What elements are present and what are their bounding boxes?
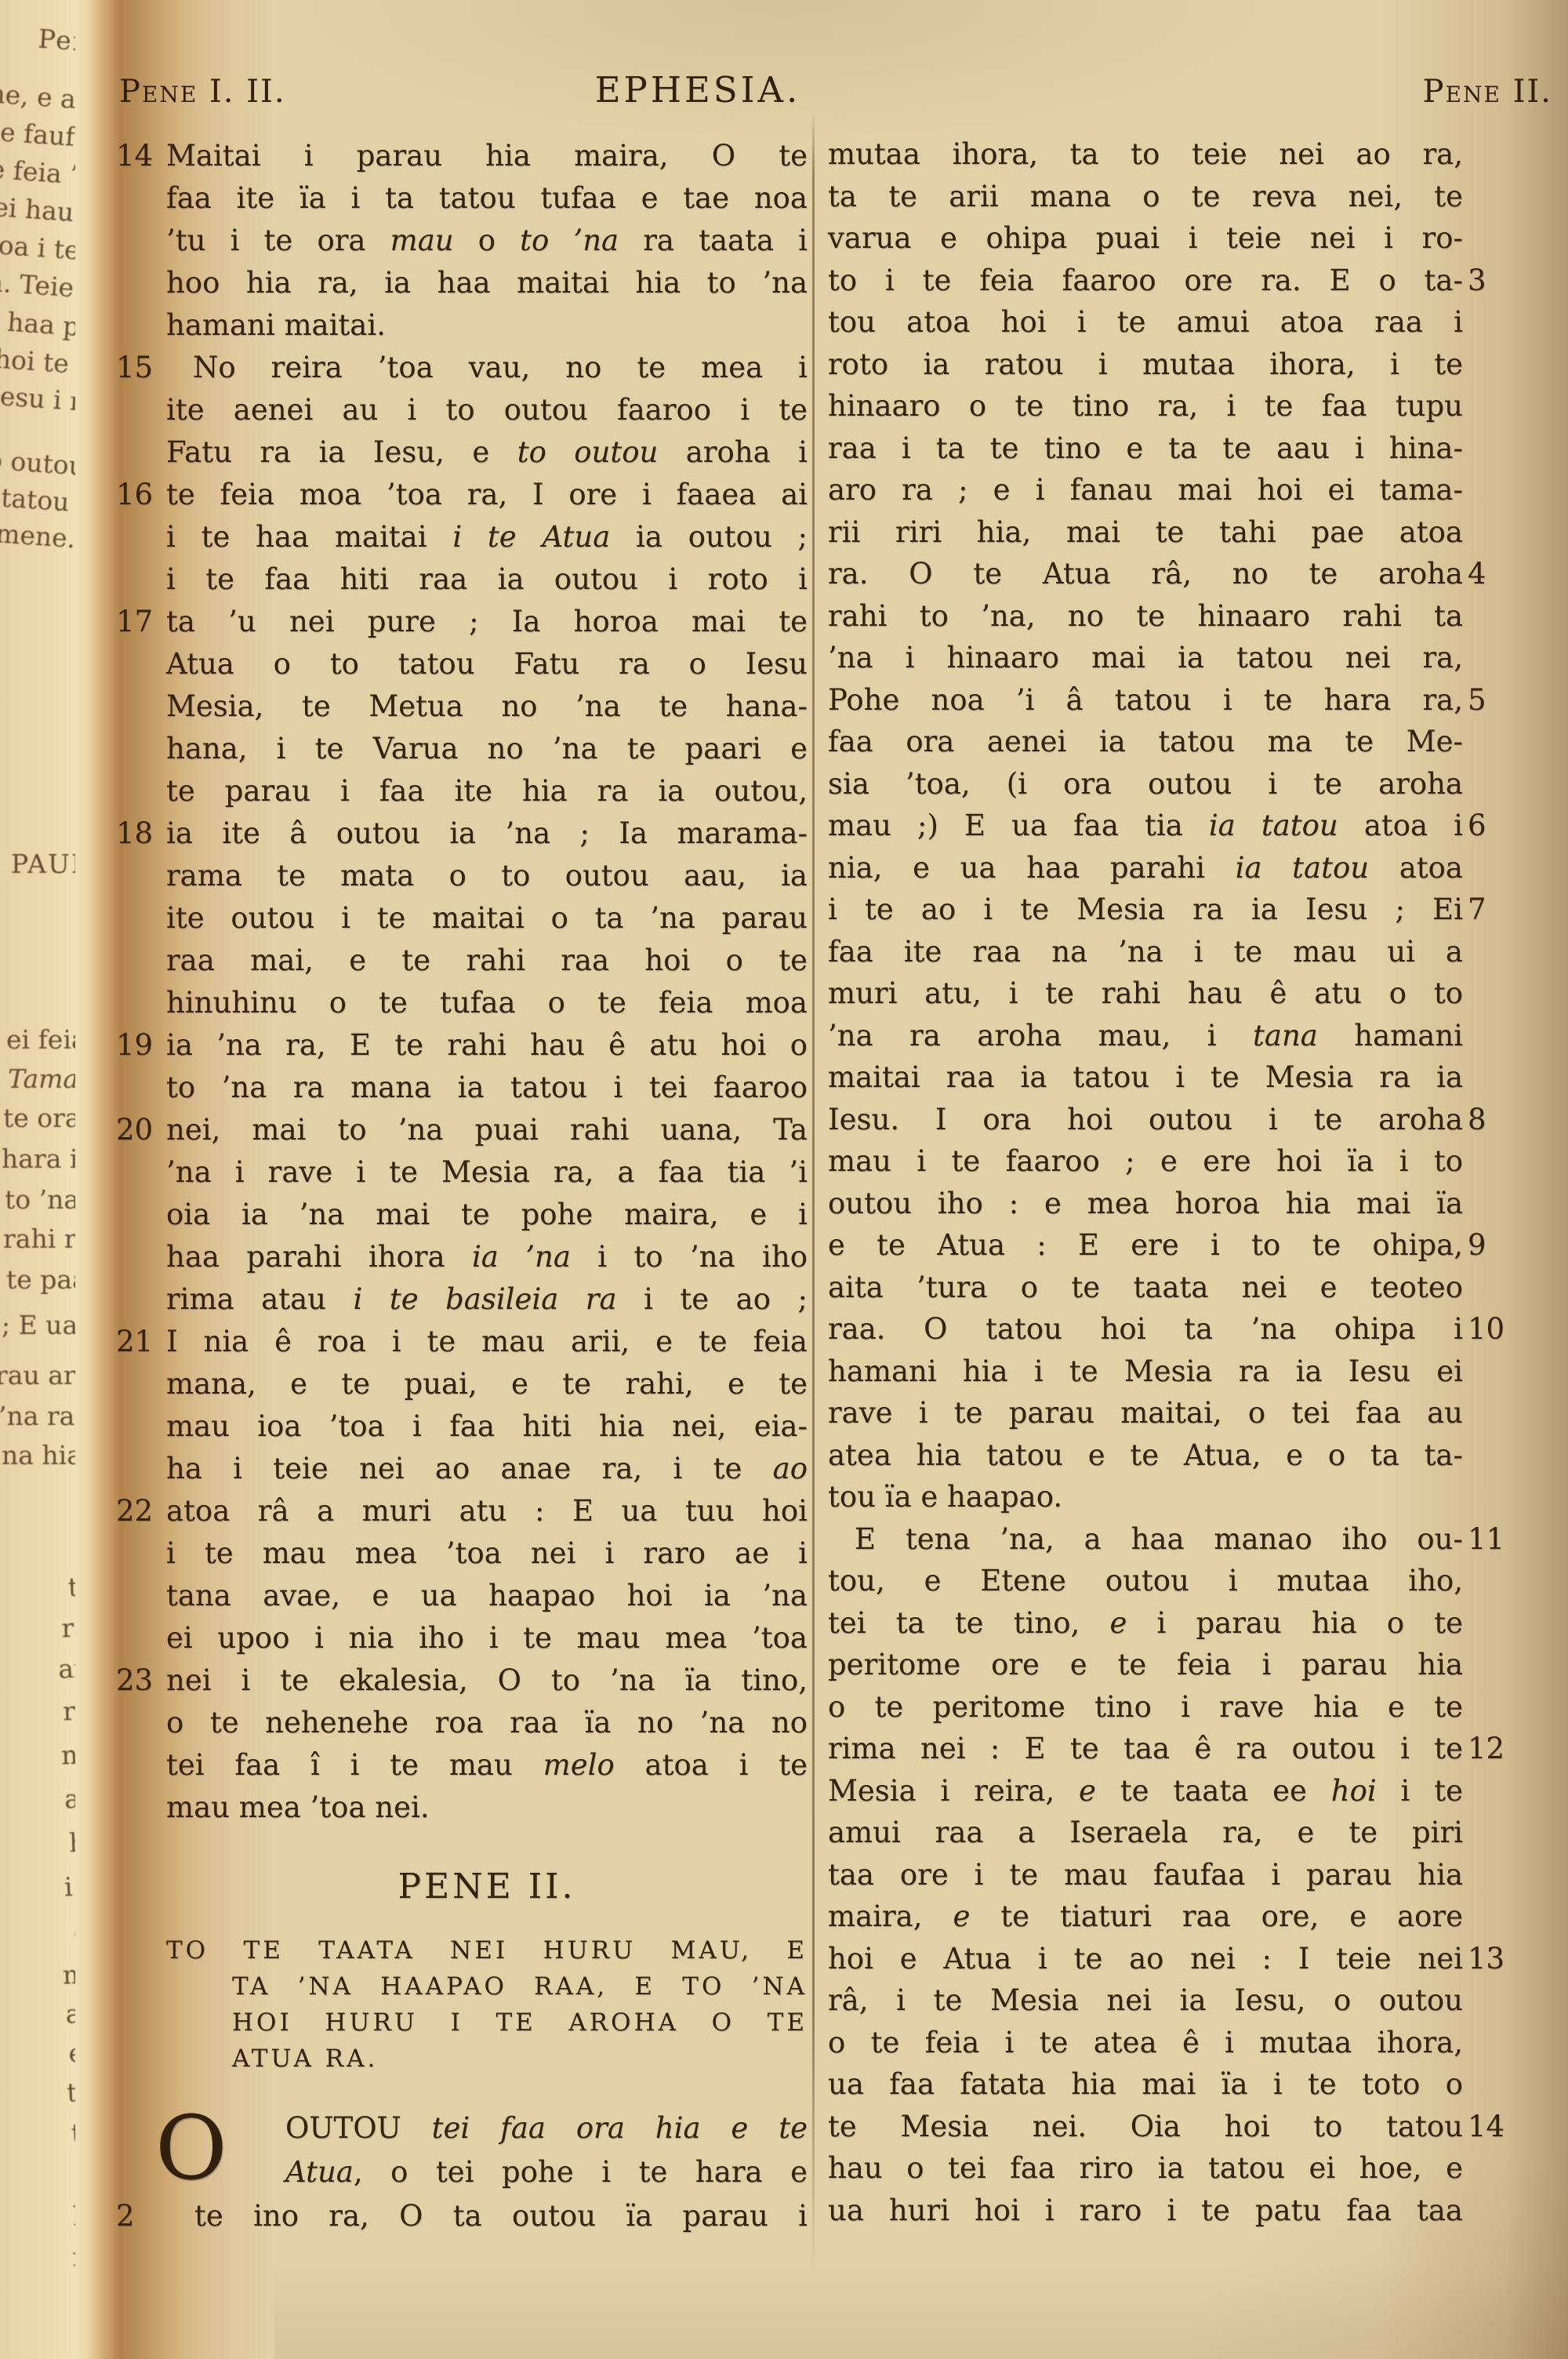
text-line: e te Atua : E ere i to te ohipa,9 (828, 1224, 1463, 1267)
text-line: hoo hia ra, ia haa maitai hia to ’na (166, 262, 808, 304)
chapter-2-verse-1: O OUTOU tei faa ora hia e teAtua, o tei … (166, 2106, 808, 2238)
running-head-title: EPHESIA. (423, 69, 972, 111)
text-line: te ino ra, O ta outou ïa parau i2 (166, 2194, 808, 2238)
text-line: mau ioa ’toa i faa hiti hia nei, eia- (166, 1405, 808, 1448)
text-line: taa ore i te mau faufaa i parau hia (828, 1854, 1463, 1896)
gutter-text-fragment: te paari (6, 1264, 75, 1295)
gutter-text-fragment: na ; E e (60, 1736, 75, 1770)
text-line: No reira ’toa vau, no te mea i15 (166, 347, 808, 389)
text-line: ta te arii mana o te reva nei, te (828, 176, 1463, 218)
text-line: rima nei : E te taa ê ra outou i te12 (828, 1728, 1463, 1770)
text-line: tou atoa hoi i te amui atoa raa i (828, 301, 1463, 343)
running-head: Pene I. II. EPHESIA. Pene II. (0, 69, 1568, 132)
running-head-right: Pene II. (1294, 74, 1552, 110)
text-line: ite aenei au i to outou faaroo i te (166, 389, 808, 431)
text-line: hinaaro o te tino ra, i te faa tupu (828, 385, 1463, 427)
text-line: amui raa a Iseraela ra, e te piri (828, 1812, 1463, 1854)
text-line: i te faa hiti raa ia outou i roto i (166, 558, 808, 601)
verse-number: 9 (1468, 1224, 1518, 1267)
gutter-text-fragment: ra. Teie n (0, 266, 75, 305)
verse-number: 17 (116, 601, 162, 643)
text-line: faa ite raa na ’na i te mau ui a (828, 931, 1463, 973)
text-line: raa mai, e te rahi raa hoi o te (166, 940, 808, 982)
gutter-text-fragment: a Iesu i n (0, 378, 75, 417)
text-line: rave i te parau maitai, o tei faa au (828, 1392, 1463, 1434)
text-line: maitai raa ia tatou i te Mesia ra ia (828, 1056, 1463, 1099)
gutter-text-fragment: to ’na r (5, 1184, 75, 1215)
text-line: tou, e Etene outou i mutaa iho, (828, 1560, 1463, 1602)
text-line: raa i ta te tino e ta te aau i hina- (828, 427, 1463, 470)
text-line: ’na i hinaaro mai ia tatou nei ra, (828, 637, 1463, 679)
text-line: rama te mata o to outou aau, ia (166, 855, 808, 897)
gutter-text-fragment: ei hau to (0, 191, 75, 230)
gutter-text-fragment: ai oia i t (58, 1650, 75, 1685)
text-line: roto ia ratou i mutaa ihora, i te (828, 343, 1463, 386)
text-line: ta ’u nei pure ; Ia horoa mai te17 (166, 601, 808, 643)
chapter-summary: TO TE TAATA NEI HURU MAU, ETA ’NA HAAPAO… (166, 1932, 808, 2077)
gutter-text-fragment: raa ma (61, 1609, 75, 1643)
verse-number: 18 (116, 812, 162, 855)
text-line: hinuhinu o te tufaa o te feia moa (166, 982, 808, 1024)
text-line: ua faa fatata hia mai ïa i te toto o (828, 2063, 1463, 2106)
verse-number: 21 (116, 1321, 162, 1363)
gutter-text-fragment: esia i m (68, 2034, 75, 2068)
summary-line: TO TE TAATA NEI HURU MAU, E (166, 1932, 808, 1968)
text-line: ’na i rave i te Mesia ra, a faa tia ’i (166, 1151, 808, 1194)
text-line: E tena ’na, a haa manao iho ou-11 (828, 1518, 1463, 1561)
text-line: maira, e te tiaturi raa ore, e aore (828, 1896, 1463, 1938)
verse-number: 2 (116, 2194, 162, 2238)
gutter-text-fragment: e haa pea (0, 305, 75, 344)
text-line: ite outou i te maitai o ta ’na parau (166, 897, 808, 940)
text-line: peritome ore e te feia i parau hia (828, 1644, 1463, 1686)
text-line: ei upoo i nia iho i te mau mea ’toa (166, 1617, 808, 1659)
gutter-text-fragment: aitai, o m (65, 1994, 75, 2029)
text-line: hana, i te Varua no ’na te paari e (166, 728, 808, 770)
text-line: i te mau mea ’toa nei i raro ae i (166, 1532, 808, 1575)
verse-number: 22 (116, 1490, 162, 1532)
verse-number: 3 (1468, 260, 1518, 302)
gutter-text-fragment: ; E ua i (2, 1310, 75, 1340)
text-line: mutaa ihora, ta to teie nei ao ra, (828, 133, 1463, 176)
verse-number: 8 (1468, 1099, 1518, 1141)
verse-number: 4 (1468, 553, 1518, 595)
verse-number: 20 (116, 1109, 162, 1151)
text-line: tei ta te tino, e i parau hia o te (828, 1602, 1463, 1645)
gutter-text-fragment: Pen (37, 24, 75, 58)
text-line: nia, e ua haa parahi ia tatou atoa (828, 847, 1463, 889)
text-line: râ, i te Mesia nei ia Iesu, o outou (828, 1979, 1463, 2022)
text-line: ’na ra aroha mau, i tana hamani (828, 1015, 1463, 1057)
text-line: mau mea ’toa nei. (166, 1787, 808, 1829)
previous-page-edge-text: Penne, e aore’e faufaa,e feia ’toaei hau… (0, 0, 75, 2359)
text-line: i te haa maitai i te Atua ia outou ; (166, 516, 808, 558)
text-line: haa parahi ihora ia ’na i to ’na iho (166, 1236, 808, 1278)
gutter-text-fragment: hoi i faar (72, 2197, 75, 2231)
verse-number: 10 (1468, 1308, 1518, 1350)
text-line: varua e ohipa puai i teie nei i ro- (828, 217, 1463, 260)
text-line: rahi to ’na, no te hinaaro rahi ta (828, 595, 1463, 638)
text-line: mau ;) E ua faa tia ia tatou atoa i6 (828, 805, 1463, 847)
gutter-text-fragment: Tamaiti (8, 1063, 75, 1094)
gutter-text-fragment: na hia e (2, 1440, 75, 1470)
verse-number: 11 (1468, 1518, 1518, 1561)
text-line: Mesia i reira, e te taata ee hoi i te (828, 1770, 1463, 1812)
text-line: I nia ê roa i te mau arii, e te feia21 (166, 1321, 808, 1363)
text-line: mana, e te puai, e te rahi, e te (166, 1363, 808, 1405)
text-line: te feia moa ’toa ra, I ore i faaea ai16 (166, 474, 808, 516)
text-line: hoi e Atua i te ao nei : I teie nei13 (828, 1938, 1463, 1980)
text-line: ua huri hoi i raro i te patu faa taa (828, 2190, 1463, 2232)
gutter-text-fragment: tae i (67, 1570, 75, 1603)
text-line: ia ’na ra, E te rahi hau ê atu hoi o19 (166, 1024, 808, 1067)
gutter-text-fragment: rahi roa (3, 1223, 75, 1254)
verse-number: 15 (116, 347, 162, 389)
chapter-heading: PENE II. (166, 1865, 808, 1909)
text-line: outou iho : e mea horoa hia mai ïa (828, 1183, 1463, 1225)
verse-number: 19 (116, 1024, 162, 1067)
text-line: te Mesia nei. Oia hoi to tatou14 (828, 2106, 1463, 2148)
book-page-scan: { "header": { "left": "Pene I. II.", "ce… (0, 0, 1568, 2359)
text-line: te parau i faa ite hia ra ia outou, (166, 770, 808, 812)
text-line: ia ite â outou ia ’na ; Ia marama-18 (166, 812, 808, 855)
text-line: o te nehenehe roa raa ïa no ’na no (166, 1702, 808, 1744)
text-line: atoa râ a muri atu : E ua tuu hoi22 (166, 1490, 808, 1532)
text-line: rii riri hia, mai te tahi pae atoa (828, 511, 1463, 554)
text-line: raa. O tatou hoi ta ’na ohipa i10 (828, 1308, 1463, 1350)
gutter-text-fragment: ’na ra r (0, 1401, 75, 1431)
verse-number: 14 (1468, 2106, 1518, 2148)
summary-line: HOI HURU I TE AROHA O TE (166, 2005, 808, 2041)
gutter-text-fragment: ’toa i te l (0, 228, 75, 267)
text-line: Atua o to tatou Fatu ra o Iesu (166, 643, 808, 685)
gutter-text-fragment: rau aro (0, 1360, 75, 1390)
gutter-text-fragment: matou ne (62, 1955, 75, 1990)
text-line: aro ra ; e i fanau mai hoi ei tama- (828, 469, 1463, 511)
text-line: sia ’toa, (i ora outou i te aroha (828, 763, 1463, 805)
text-line: mau i te faaroo ; e ere hoi ïa i to (828, 1140, 1463, 1183)
text-line: Atua, o tei pohe i te hara e (166, 2150, 808, 2194)
verse-number: 12 (1468, 1728, 1518, 1770)
gutter-text-fragment: toa hoi i f (66, 2073, 75, 2108)
text-line: i te ao i te Mesia ra ia Iesu ; Ei7 (828, 889, 1463, 931)
text-line: ’tu i te ora mau o to ’na ra taata i (166, 220, 808, 262)
gutter-text-fragment: PAULO (11, 849, 75, 879)
summary-line: TA ’NA HAAPAO RAA, E TO ’NA (166, 1968, 808, 2005)
text-line: tana avae, e ua haapao hoi ia ’na (166, 1575, 808, 1617)
text-line: to ’na ra mana ia tatou i tei faaroo (166, 1067, 808, 1109)
left-text-column: Maitai i parau hia maira, O te14faa ite … (166, 135, 808, 2238)
column-divider-rule (812, 110, 815, 2274)
text-line: hau o tei faa riro ia tatou ei hoe, e (828, 2147, 1463, 2190)
gutter-text-fragment: tou i te p (71, 2114, 75, 2148)
text-line: Iesu. I ora hoi outou i te aroha8 (828, 1099, 1463, 1141)
right-column-verses: mutaa ihora, ta to teie nei ao ra,ta te … (828, 133, 1463, 2231)
text-line: oia ia ’na mai te pohe maira, e i (166, 1194, 808, 1236)
verse-number: 5 (1468, 679, 1518, 722)
text-line: muri atu, i te rahi hau ê atu o to (828, 972, 1463, 1015)
gutter-text-fragment: to tatou F (0, 480, 75, 519)
verse-number: 6 (1468, 805, 1518, 847)
text-line: rima atau i te basileia ra i te ao ; (166, 1278, 808, 1321)
gutter-text-fragment: te ora ia (3, 1103, 75, 1133)
gutter-text-fragment: opua a (73, 1914, 75, 1947)
text-line: ra. O te Atua râ, no te aroha4 (828, 553, 1463, 595)
text-line: aita ’tura o te taata nei e teoteo (828, 1267, 1463, 1309)
verse-number: 7 (1468, 889, 1518, 931)
text-line: o te feia i te atea ê i mutaa ihora, (828, 2022, 1463, 2064)
gutter-text-fragment: i te mau (64, 1868, 75, 1903)
running-head-left: Pene I. II. (119, 74, 286, 110)
text-line: OUTOU tei faa ora hia e te (166, 2106, 808, 2150)
gutter-text-fragment: a ’na, o (64, 1780, 75, 1814)
text-line: Mesia, te Metua no ’na te hana- (166, 685, 808, 728)
text-line: faa ite ïa i ta tatou tufaa e tae noa (166, 177, 808, 220)
gutter-text-fragment: i to outou (0, 442, 75, 482)
gutter-text-fragment: na i te Var (72, 2237, 75, 2273)
gutter-text-fragment: ra, to te (63, 1692, 75, 1727)
gutter-text-fragment: ei feia i (6, 1024, 75, 1055)
right-text-column: mutaa ihora, ta to teie nei ao ra,ta te … (828, 133, 1463, 2231)
text-line: o te peritome tino i rave hia e te (828, 1686, 1463, 1728)
verse-number: 23 (116, 1659, 162, 1702)
text-line: nei i te ekalesia, O to ’na ïa tino,23 (166, 1659, 808, 1702)
text-line: tou ïa e haapao. (828, 1476, 1463, 1518)
text-line: Maitai i parau hia maira, O te14 (166, 135, 808, 177)
gutter-fragment-group-top: Penne, e aore’e faufaa,e feia ’toaei hau… (0, 0, 75, 5)
text-line: hamani hia i te Mesia ra ia Iesu ei (828, 1350, 1463, 1393)
text-line: ha i teie nei ao anae ra, i te ao (166, 1448, 808, 1490)
text-line: Pohe noa ’i â tatou i te hara ra,5 (828, 679, 1463, 722)
text-line: faa ora aenei ia tatou ma te Me- (828, 721, 1463, 763)
text-line: to i te feia faaroo ore ra. E o ta-3 (828, 260, 1463, 302)
gutter-text-fragment: e feia ’toa (0, 154, 75, 193)
text-line: hamani maitai. (166, 304, 808, 347)
verse-number: 16 (116, 474, 162, 516)
gutter-text-fragment: Amene. (0, 517, 75, 554)
text-line: atea hia tatou e te Atua, e o ta ta- (828, 1434, 1463, 1477)
text-line: Fatu ra ia Iesu, e to outou aroha i (166, 431, 808, 474)
text-line: nei, mai to ’na puai rahi uana, Ta20 (166, 1109, 808, 1151)
text-line: tei faa î i te mau melo atoa i te (166, 1744, 808, 1787)
gutter-text-fragment: hia i te (68, 1824, 75, 1858)
left-column-verses: Maitai i parau hia maira, O te14faa ite … (166, 135, 808, 1829)
verse-number: 14 (116, 135, 162, 177)
summary-line: ATUA RA. (166, 2041, 808, 2077)
gutter-text-fragment: i hoi te m (0, 342, 75, 381)
gutter-text-fragment: hara i f (2, 1143, 75, 1174)
verse-number: 13 (1468, 1938, 1518, 1980)
